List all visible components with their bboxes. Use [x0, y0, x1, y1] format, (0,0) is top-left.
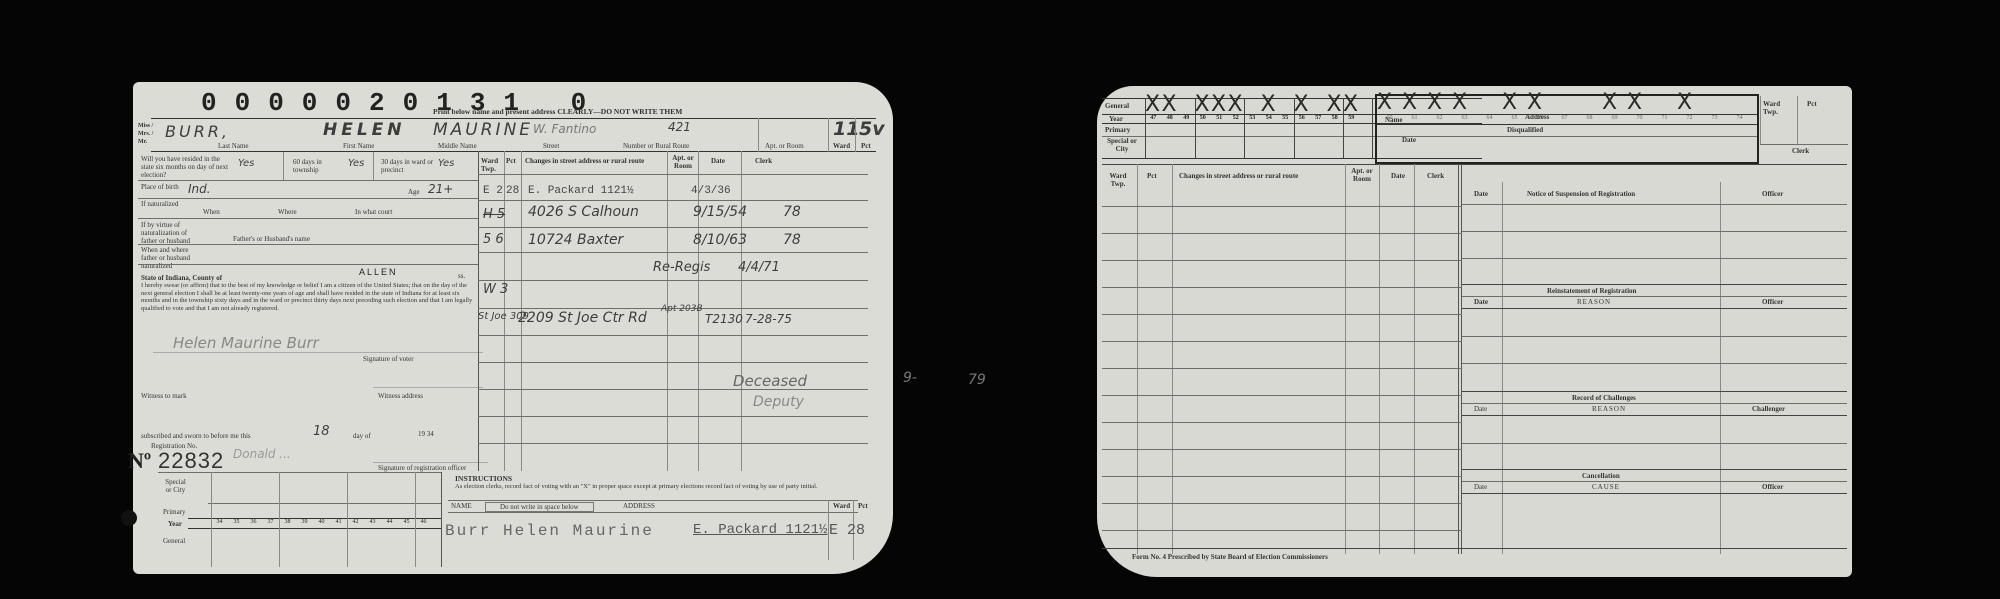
- vote-mark-68: [1577, 92, 1602, 114]
- street-name: W. Fantino: [533, 122, 596, 136]
- oath-ss: ss.: [458, 272, 465, 280]
- strip-name-label: NAME: [451, 502, 472, 510]
- vote-mark-65: X: [1502, 92, 1527, 114]
- year-62: 62: [1427, 115, 1452, 121]
- row0-date: 4/3/36: [691, 185, 731, 197]
- back-ward-label: Ward Twp.: [1763, 100, 1789, 116]
- subscribed-text: subscribed and sworn to before me this: [141, 432, 251, 440]
- year-67: 67: [1552, 115, 1577, 121]
- year-63: 63: [1452, 115, 1477, 121]
- township-label: 60 days in township: [293, 158, 343, 174]
- strip-pct-label: Pct: [858, 502, 868, 510]
- reinstatement-title: Reinstatement of Registration: [1547, 287, 1636, 295]
- year-71: 71: [1652, 115, 1677, 121]
- ward-precinct-answer: Yes: [438, 158, 454, 169]
- cancellation-col-officer: Officer: [1762, 483, 1783, 491]
- voter-signature-label: Signature of voter: [363, 355, 414, 363]
- typed-address: E. Packard 1121½: [693, 522, 827, 538]
- year-39: 39: [296, 519, 313, 525]
- vote-mark-55: [1277, 94, 1294, 116]
- vote-mark-48: X: [1162, 94, 1179, 116]
- vote-mark-53: [1244, 94, 1261, 116]
- grid-label-special: Special or City: [163, 478, 188, 494]
- registration-card-front: 0000020131 0 Print below name and presen…: [133, 82, 893, 574]
- year-73: 73: [1702, 115, 1727, 121]
- row5-date: T2130: [705, 312, 743, 326]
- cancellation-col-date: Date: [1474, 483, 1487, 491]
- row3-address: Re-Regis: [653, 260, 710, 275]
- year-72: 72: [1677, 115, 1702, 121]
- grid-label-general: General: [163, 537, 185, 545]
- pct-label: Pct: [861, 142, 871, 150]
- grid-right-disqualified-label: Disqualified: [1507, 126, 1543, 134]
- vote-mark-70: X: [1627, 92, 1652, 114]
- row5-address: 2209 St Joe Ctr Rd: [518, 310, 647, 326]
- witness-address-label: Witness address: [378, 392, 423, 400]
- age: 21+: [428, 182, 453, 196]
- number-label: Number or Rural Route: [623, 142, 689, 150]
- row0-ward: E 2: [483, 185, 503, 197]
- grid-label-general: General: [1105, 102, 1129, 110]
- age-label: Age: [408, 188, 420, 196]
- row3-date: 4/4/71: [738, 260, 780, 275]
- row0-address: E. Packard 1121½: [528, 185, 634, 197]
- row2-address: 10724 Baxter: [528, 232, 623, 248]
- voter-signature: Helen Maurine Burr: [173, 334, 319, 352]
- vote-mark-47: X: [1145, 94, 1162, 116]
- back-pct-label: Pct: [1807, 100, 1817, 108]
- back-col-apt: Apt. or Room: [1347, 167, 1377, 183]
- cancellation-title: Cancellation: [1582, 472, 1620, 480]
- row2-date: 8/10/63: [693, 232, 747, 248]
- reinstatement-col-date: Date: [1474, 298, 1488, 306]
- registration-card-back: General Year Primary Special or City 47 …: [1097, 86, 1852, 577]
- row8-address: Deceased: [733, 372, 807, 390]
- vote-mark-56: X: [1294, 94, 1311, 116]
- year-70: 70: [1627, 115, 1652, 121]
- grid-label-primary: Primary: [163, 508, 186, 516]
- subscribed-day-label: day of: [353, 432, 371, 440]
- vote-mark-57: [1310, 94, 1327, 116]
- row9-address: Deputy: [753, 394, 804, 410]
- naturalized-where: Where: [278, 208, 297, 216]
- back-col-changes: Changes in street address or rural route: [1179, 172, 1349, 180]
- back-col-date: Date: [1391, 172, 1405, 180]
- year-69: 69: [1602, 115, 1627, 121]
- township-answer: Yes: [348, 158, 364, 169]
- last-name: BURR,: [165, 122, 230, 141]
- year-36: 36: [245, 519, 262, 525]
- row2-clerk: 78: [783, 232, 801, 248]
- col-date: Date: [711, 157, 725, 165]
- strip-name-hint: Do not write in space below: [485, 502, 594, 512]
- place-of-birth: Ind.: [188, 182, 211, 196]
- strip-address-label: ADDRESS: [623, 502, 655, 510]
- form-footer: Form No. 4 Prescribed by State Board of …: [1132, 553, 1328, 561]
- oath-text: I hereby swear (or affirm) that to the b…: [141, 282, 476, 312]
- vote-mark-72: X: [1677, 92, 1702, 114]
- year-45: 45: [398, 519, 415, 525]
- title-prefix: Miss / Mrs. / Mr.: [138, 122, 160, 146]
- year-42: 42: [347, 519, 364, 525]
- header-instruction: Print below name and present address CLE…: [433, 108, 682, 116]
- voting-grid-back-right: Name Date Address Disqualified X X X X X…: [1375, 94, 1759, 164]
- grid-right-date-label: Date: [1402, 136, 1416, 144]
- vote-mark-49: [1178, 94, 1195, 116]
- grid-label-special: Special or City: [1105, 137, 1139, 153]
- naturalized-when: When: [203, 208, 220, 216]
- apt-label: Apt. or Room: [765, 142, 804, 150]
- year-40: 40: [313, 519, 330, 525]
- year-60: 60: [1377, 115, 1402, 121]
- father-name-label: Father's or Husband's name: [233, 235, 310, 243]
- vote-mark-67: [1552, 92, 1577, 114]
- year-38: 38: [279, 519, 296, 525]
- vote-mark-71: [1652, 92, 1677, 114]
- vote-mark-51: X: [1211, 94, 1228, 116]
- back-clerk-label: Clerk: [1792, 147, 1809, 155]
- ward-label: Ward: [833, 142, 850, 150]
- year-64: 64: [1477, 115, 1502, 121]
- row1-address: 4026 S Calhoun: [528, 204, 639, 220]
- row1-date: 9/15/54: [693, 204, 747, 220]
- typed-ward-pct: E 28: [829, 522, 865, 539]
- vote-mark-61: X: [1402, 92, 1427, 114]
- row1-ward: H 5: [483, 207, 505, 222]
- challenges-col-date: Date: [1474, 405, 1487, 413]
- year-68: 68: [1577, 115, 1602, 121]
- reinstatement-col-reason: REASON: [1577, 298, 1611, 306]
- row4-ward: W 3: [483, 282, 508, 297]
- back-col-clerk: Clerk: [1427, 172, 1444, 180]
- last-name-label: Last Name: [218, 142, 249, 150]
- year-37: 37: [262, 519, 279, 525]
- middle-name: MAURINE: [433, 120, 533, 140]
- punch-hole-icon: [121, 510, 137, 526]
- vote-mark-54: X: [1261, 94, 1278, 116]
- registration-prefix: Nº: [128, 448, 151, 474]
- residence-question: Will you have resided in the state six m…: [141, 155, 231, 179]
- instructions-title: INSTRUCTIONS: [455, 475, 512, 483]
- strip-ward-label: Ward: [833, 502, 850, 510]
- col-pct: Pct: [506, 157, 516, 165]
- year-44: 44: [381, 519, 398, 525]
- col-clerk: Clerk: [755, 157, 772, 165]
- year-43: 43: [364, 519, 381, 525]
- row5-clerk: 7-28-75: [745, 312, 792, 326]
- oath-heading: State of Indiana, County of: [141, 274, 222, 282]
- challenges-col-challenger: Challenger: [1752, 405, 1785, 413]
- row8-clerk: 79: [968, 372, 986, 388]
- residence-answer: Yes: [238, 158, 254, 169]
- county-name: ALLEN: [359, 267, 398, 277]
- suspension-col-officer: Officer: [1762, 190, 1783, 198]
- officer-signature-label: Signature of registration officer: [378, 464, 466, 472]
- year-35: 35: [228, 519, 245, 525]
- house-number: 421: [668, 120, 691, 134]
- precinct-number: 5v: [859, 118, 885, 140]
- registration-number: 22832: [158, 448, 224, 474]
- row2-ward: 5 6: [483, 232, 504, 247]
- col-changes: Changes in street address or rural route: [525, 157, 665, 165]
- challenges-title: Record of Challenges: [1572, 394, 1636, 402]
- place-of-birth-label: Place of birth: [141, 183, 181, 191]
- row1-clerk: 78: [783, 204, 801, 220]
- reinstatement-col-officer: Officer: [1762, 298, 1783, 306]
- year-74: 74: [1727, 115, 1752, 121]
- year-34: 34: [211, 519, 228, 525]
- subscribed-day: 18: [313, 424, 330, 439]
- back-col-pct: Pct: [1147, 172, 1157, 180]
- suspension-col-date: Date: [1474, 190, 1488, 198]
- father-naturalized-label: When and where father or husband natural…: [141, 246, 201, 270]
- officer-signature: Donald ...: [233, 447, 291, 461]
- vote-mark-50: X: [1195, 94, 1212, 116]
- vote-mark-59: X: [1343, 94, 1360, 116]
- row0-pct: 28: [506, 185, 519, 197]
- witness-label: Witness to mark: [141, 392, 187, 400]
- typed-name: Burr Helen Maurine: [445, 522, 654, 540]
- vote-mark-69: X: [1602, 92, 1627, 114]
- cancellation-col-cause: CAUSE: [1592, 483, 1620, 491]
- row5-apt: Apt 203B: [661, 304, 703, 314]
- ward-precinct-label: 30 days in ward or precinct: [381, 158, 436, 174]
- street-label: Street: [543, 142, 559, 150]
- col-ward-twp: Ward Twp.: [481, 157, 503, 173]
- suspension-title: Notice of Suspension of Registration: [1527, 190, 1635, 198]
- vote-mark-60: X: [1377, 92, 1402, 114]
- vote-mark-62: X: [1427, 92, 1452, 114]
- naturalized-court: In what court: [355, 208, 392, 216]
- back-col-ward: Ward Twp.: [1107, 172, 1129, 188]
- grid-label-primary: Primary: [1105, 126, 1130, 134]
- grid-label-year: Year: [168, 520, 182, 528]
- year-46: 46: [415, 519, 432, 525]
- vote-mark-64: [1477, 92, 1502, 114]
- middle-name-label: Middle Name: [438, 142, 477, 150]
- year-61: 61: [1402, 115, 1427, 121]
- vote-mark-52: X: [1228, 94, 1245, 116]
- year-65: 65: [1502, 115, 1527, 121]
- first-name-label: First Name: [343, 142, 374, 150]
- col-apt: Apt. or Room: [670, 154, 696, 170]
- grid-label-year: Year: [1109, 115, 1123, 123]
- vote-mark-63: X: [1452, 92, 1477, 114]
- first-name: HELEN: [323, 120, 406, 140]
- challenges-col-reason: REASON: [1592, 405, 1626, 413]
- vote-mark-66: X: [1527, 92, 1552, 114]
- subscribed-year: 19 34: [418, 430, 434, 438]
- father-label: If by virtue of naturalization of father…: [141, 221, 201, 245]
- vote-mark-58: X: [1327, 94, 1344, 116]
- naturalized-label: If naturalized: [141, 200, 181, 208]
- year-66: 66: [1527, 115, 1552, 121]
- year-41: 41: [330, 519, 347, 525]
- row8-date: 9-: [903, 370, 917, 386]
- instructions-text: As election clerks, record fact of votin…: [455, 483, 835, 491]
